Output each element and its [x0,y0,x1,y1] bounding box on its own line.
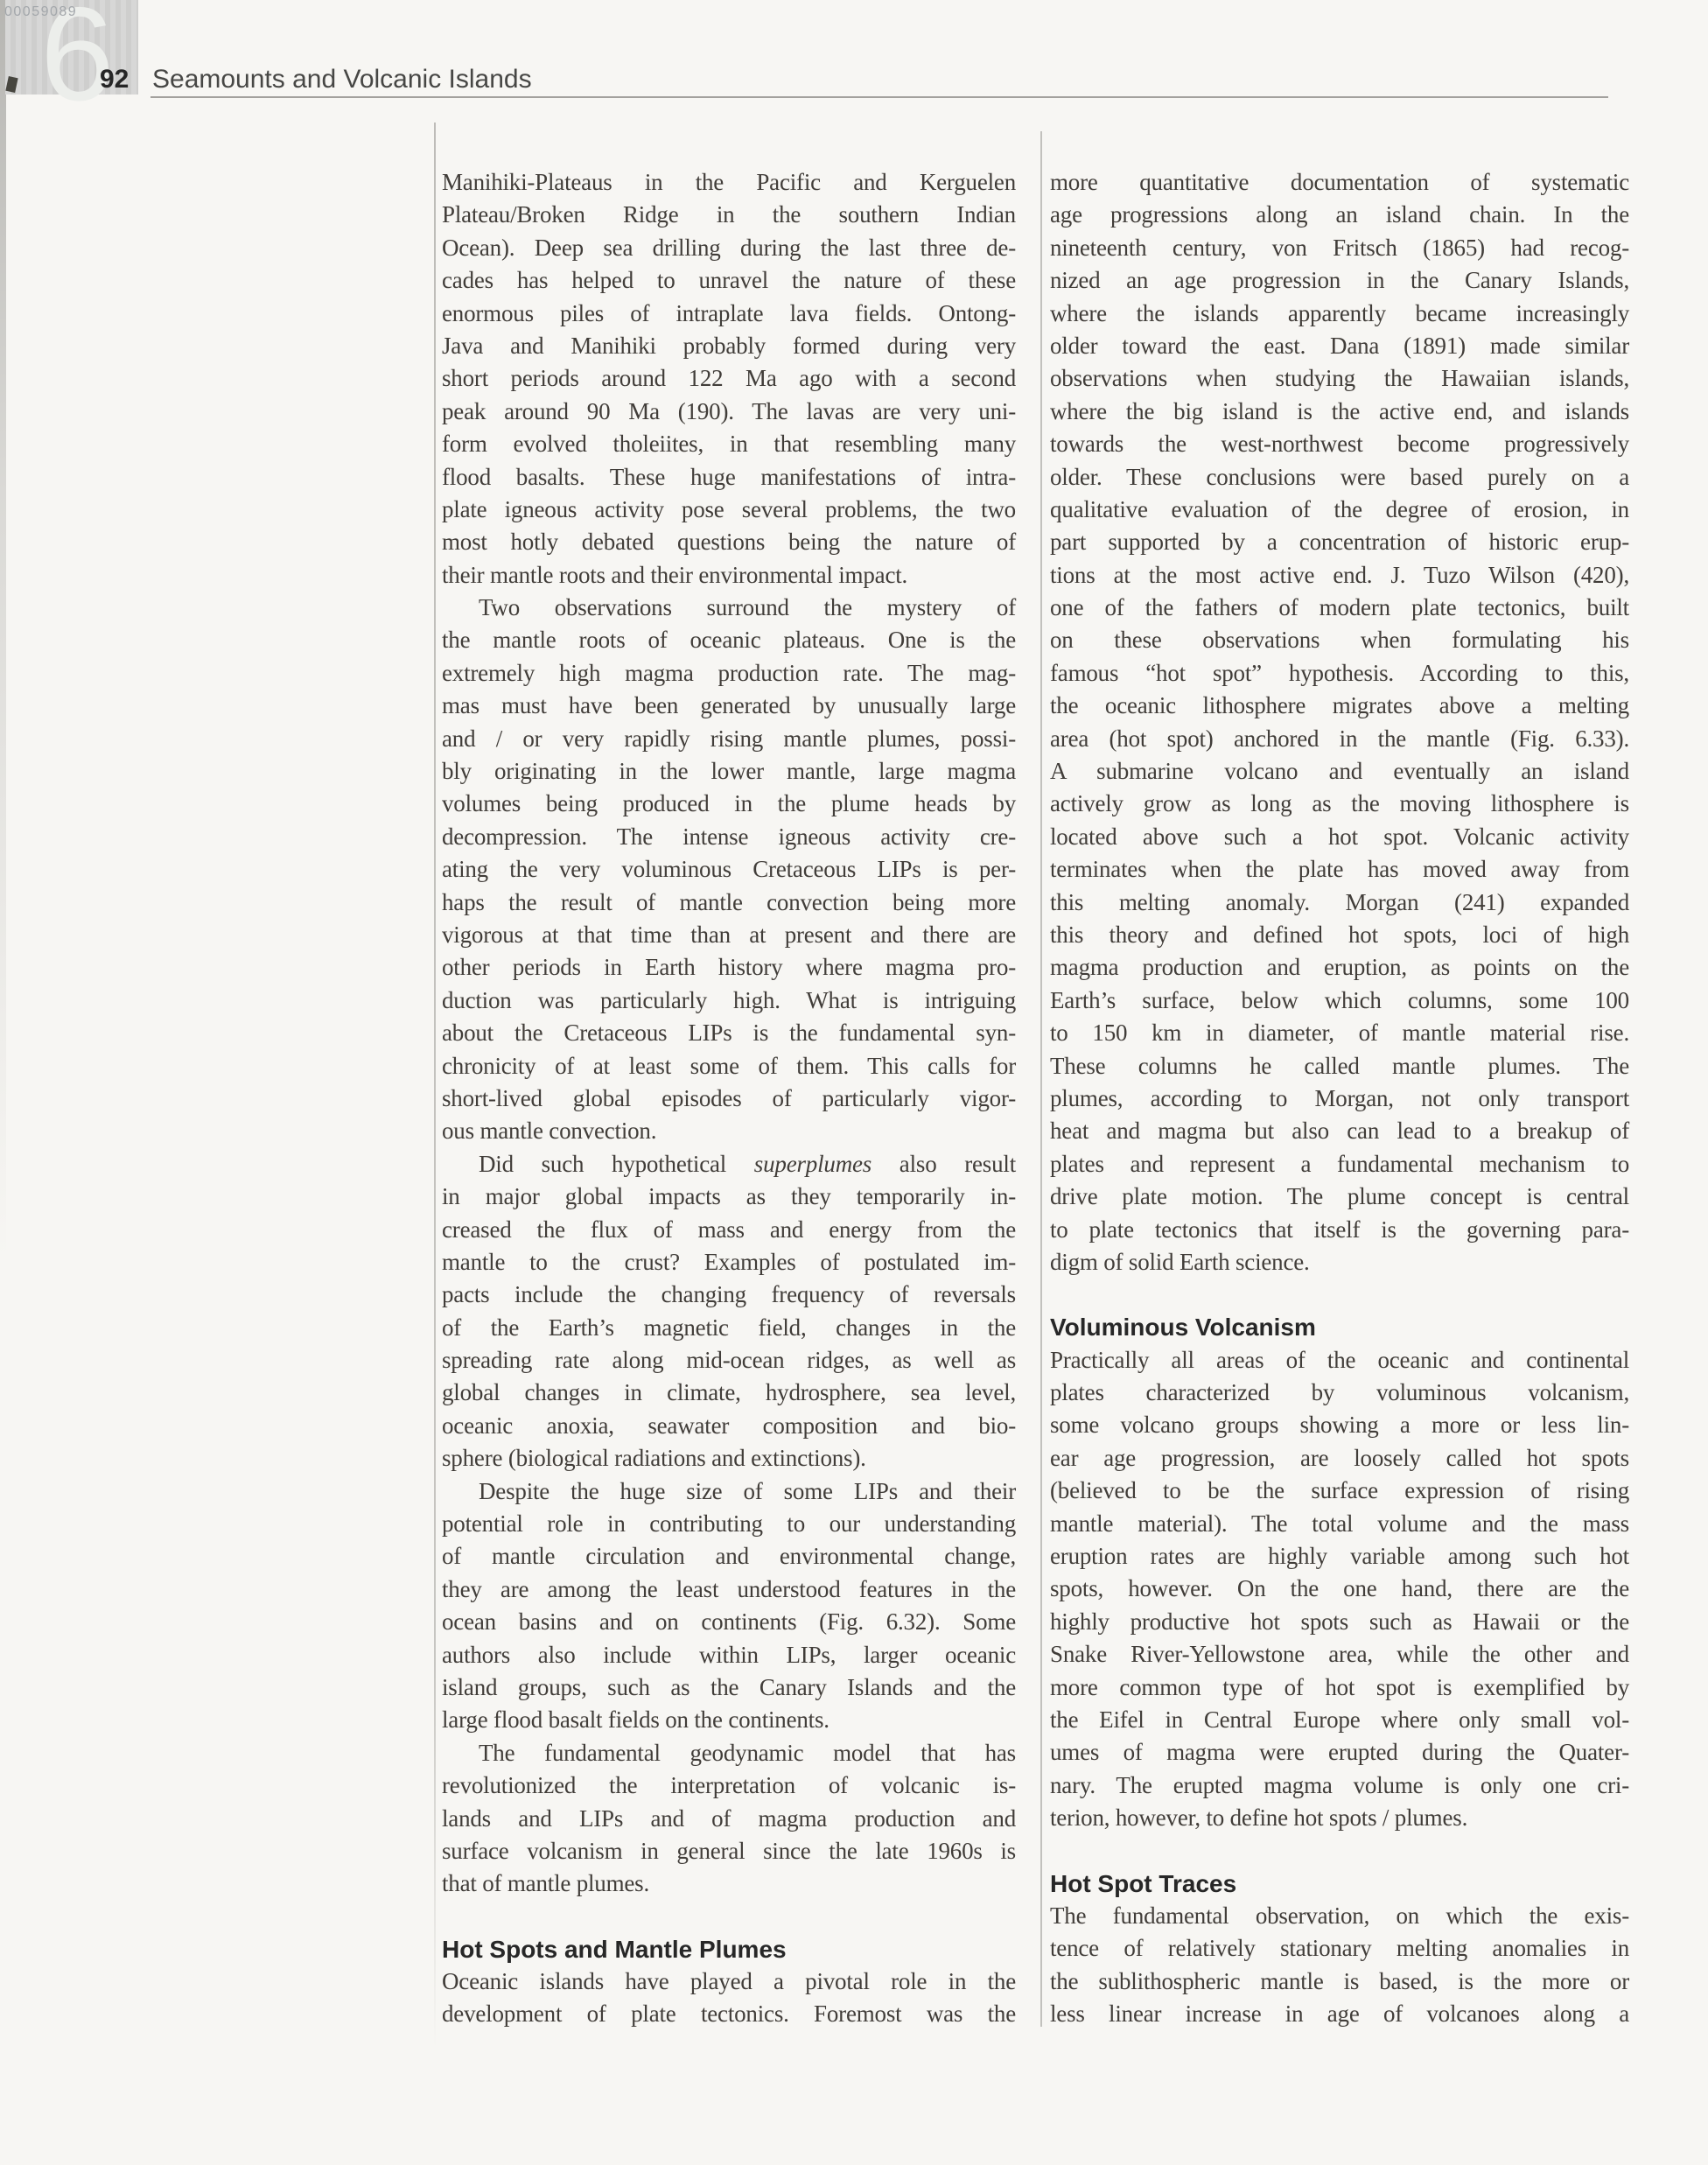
text-line: mas must have been generated by unusuall… [442,690,1016,722]
text-line: most hotly debated questions being the n… [442,526,1016,558]
text-line: These columns he called mantle plumes. T… [1050,1050,1629,1082]
text-line: where the islands apparently became incr… [1050,298,1629,330]
page-number: 92 [100,65,129,95]
text-line: The fundamental observation, on which th… [1050,1900,1629,1932]
text-line: older. These conclusions were based pure… [1050,461,1629,494]
text-line: plumes, according to Morgan, not only tr… [1050,1082,1629,1115]
text-line: less linear increase in age of volcanoes… [1050,1998,1629,2030]
text-line: Earth’s surface, below which columns, so… [1050,984,1629,1017]
text-line: the oceanic lithosphere migrates above a… [1050,690,1629,722]
text-line: oceanic anoxia, seawater composition and… [442,1410,1016,1442]
text-line: tence of relatively stationary melting a… [1050,1932,1629,1965]
text-line: spreading rate along mid-ocean ridges, a… [442,1344,1016,1377]
text-line: they are among the least understood feat… [442,1573,1016,1606]
text-line: to plate tectonics that itself is the go… [1050,1214,1629,1246]
text-line: the mantle roots of oceanic plateaus. On… [442,624,1016,656]
text-line: enormous piles of intraplate lava fields… [442,298,1016,330]
text-line: development of plate tectonics. Foremost… [442,1998,1016,2030]
header-rule [150,96,1608,98]
text-line: this theory and defined hot spots, loci … [1050,919,1629,951]
text-line: A submarine volcano and eventually an is… [1050,755,1629,788]
text-line: drive plate motion. The plume concept is… [1050,1181,1629,1213]
text-line: other periods in Earth history where mag… [442,951,1016,984]
text-line: plates characterized by voluminous volca… [1050,1377,1629,1409]
text-line: and / or very rapidly rising mantle plum… [442,723,1016,755]
text-line: part supported by a concentration of his… [1050,526,1629,558]
right-column: more quantitative documentation of syste… [1050,166,1629,2030]
section-heading: Hot Spots and Mantle Plumes [442,1933,1016,1965]
text-line: nineteenth century, von Fritsch (1865) h… [1050,232,1629,264]
text-line: this melting anomaly. Morgan (241) expan… [1050,886,1629,919]
text-line: tions at the most active end. J. Tuzo Wi… [1050,559,1629,592]
text-line: spots, however. On the one hand, there a… [1050,1573,1629,1605]
text-line: large flood basalt fields on the contine… [442,1704,1016,1736]
text-line: revolutionized the interpretation of vol… [442,1769,1016,1802]
text-line: Two observations surround the mystery of [442,592,1016,624]
text-line: nized an age progression in the Canary I… [1050,264,1629,297]
text-line: chronicity of at least some of them. Thi… [442,1050,1016,1082]
text-line: about the Cretaceous LIPs is the fundame… [442,1017,1016,1049]
text-line: Manihiki-Plateaus in the Pacific and Ker… [442,166,1016,199]
text-line: that of mantle plumes. [442,1867,1016,1900]
text-line: Practically all areas of the oceanic and… [1050,1344,1629,1377]
text-line: island groups, such as the Canary Island… [442,1671,1016,1704]
text-line: Java and Manihiki probably formed during… [442,330,1016,362]
gutter-line-artifact [434,123,436,2048]
text-line: magma production and eruption, as points… [1050,951,1629,984]
text-line: of mantle circulation and environmental … [442,1540,1016,1573]
text-line: famous “hot spot” hypothesis. According … [1050,657,1629,690]
text-line: heat and magma but also can lead to a br… [1050,1115,1629,1147]
text-line: ear age progression, are loosely called … [1050,1442,1629,1475]
text-line: their mantle roots and their environment… [442,559,1016,592]
text-line: volumes being produced in the plume head… [442,788,1016,820]
text-line: authors also include within LIPs, larger… [442,1639,1016,1671]
text-line: Did such hypothetical superplumes also r… [442,1148,1016,1181]
text-line: extremely high magma production rate. Th… [442,657,1016,690]
text-line: terminates when the plate has moved away… [1050,853,1629,886]
text-line: nary. The erupted magma volume is only o… [1050,1769,1629,1802]
text-line: decompression. The intense igneous activ… [442,821,1016,853]
text-line: Plateau/Broken Ridge in the southern Ind… [442,199,1016,231]
text-line: to 150 km in diameter, of mantle materia… [1050,1017,1629,1049]
section-heading: Voluminous Volcanism [1050,1311,1629,1343]
text-line: in major global impacts as they temporar… [442,1181,1016,1213]
text-line: where the big island is the active end, … [1050,396,1629,428]
text-line: mantle to the crust? Examples of postula… [442,1246,1016,1279]
text-line: surface volcanism in general since the l… [442,1835,1016,1867]
text-line: on these observations when formulating h… [1050,624,1629,656]
text-line: global changes in climate, hydrosphere, … [442,1377,1016,1409]
column-divider [1040,131,1042,2027]
text-line: Oceanic islands have played a pivotal ro… [442,1965,1016,1998]
text-line: highly productive hot spots such as Hawa… [1050,1606,1629,1638]
left-column: Manihiki-Plateaus in the Pacific and Ker… [442,166,1016,2031]
text-line: towards the west-northwest become progre… [1050,428,1629,460]
text-line: more common type of hot spot is exemplif… [1050,1671,1629,1704]
text-line: The fundamental geodynamic model that ha… [442,1737,1016,1769]
text-line: peak around 90 Ma (190). The lavas are v… [442,396,1016,428]
text-line: area (hot spot) anchored in the mantle (… [1050,723,1629,755]
text-line: eruption rates are highly variable among… [1050,1540,1629,1573]
text-line: observations when studying the Hawaiian … [1050,362,1629,395]
text-line: short-lived global episodes of particula… [442,1082,1016,1115]
text-line: terion, however, to define hot spots / p… [1050,1802,1629,1834]
text-line: of the Earth’s magnetic field, changes i… [442,1312,1016,1344]
text-line: umes of magma were erupted during the Qu… [1050,1736,1629,1769]
text-line: vigorous at that time than at present an… [442,919,1016,951]
running-title: Seamounts and Volcanic Islands [152,65,532,95]
text-line: potential role in contributing to our un… [442,1508,1016,1540]
text-line: plate igneous activity pose several prob… [442,494,1016,526]
text-line: the Eifel in Central Europe where only s… [1050,1704,1629,1736]
text-line: plates and represent a fundamental mecha… [1050,1148,1629,1181]
text-line: haps the result of mantle convection bei… [442,886,1016,919]
section-heading: Hot Spot Traces [1050,1867,1629,1900]
text-line: older toward the east. Dana (1891) made … [1050,330,1629,362]
text-line: ous mantle convection. [442,1115,1016,1147]
text-line: form evolved tholeiites, in that resembl… [442,428,1016,460]
text-line: lands and LIPs and of magma production a… [442,1803,1016,1835]
text-line: (believed to be the surface expression o… [1050,1475,1629,1507]
text-line: cades has helped to unravel the nature o… [442,264,1016,297]
text-line: sphere (biological radiations and extinc… [442,1442,1016,1475]
text-line: some volcano groups showing a more or le… [1050,1409,1629,1441]
text-line: Snake River-Yellowstone area, while the … [1050,1638,1629,1671]
text-line: mantle material). The total volume and t… [1050,1508,1629,1540]
text-line: qualitative evaluation of the degree of … [1050,494,1629,526]
text-line: the sublithospheric mantle is based, is … [1050,1965,1629,1998]
text-line: duction was particularly high. What is i… [442,984,1016,1017]
text-line: Despite the huge size of some LIPs and t… [442,1475,1016,1508]
text-line: bly originating in the lower mantle, lar… [442,755,1016,788]
scan-id-watermark: 00059089 [4,4,77,20]
text-line: one of the fathers of modern plate tecto… [1050,592,1629,624]
text-line: Ocean). Deep sea drilling during the las… [442,232,1016,264]
scan-edge-artifact [0,0,6,1400]
text-line: located above such a hot spot. Volcanic … [1050,821,1629,853]
text-line: age progressions along an island chain. … [1050,199,1629,231]
book-page: 6 00059089 92 Seamounts and Volcanic Isl… [0,0,1708,2165]
text-line: digm of solid Earth science. [1050,1246,1629,1279]
text-line: flood basalts. These huge manifestations… [442,461,1016,494]
text-line: creased the flux of mass and energy from… [442,1214,1016,1246]
text-line: more quantitative documentation of syste… [1050,166,1629,199]
text-line: ocean basins and on continents (Fig. 6.3… [442,1606,1016,1638]
text-line: actively grow as long as the moving lith… [1050,788,1629,820]
text-line: ating the very voluminous Cretaceous LIP… [442,853,1016,886]
text-line: pacts include the changing frequency of … [442,1279,1016,1311]
text-line: short periods around 122 Ma ago with a s… [442,362,1016,395]
